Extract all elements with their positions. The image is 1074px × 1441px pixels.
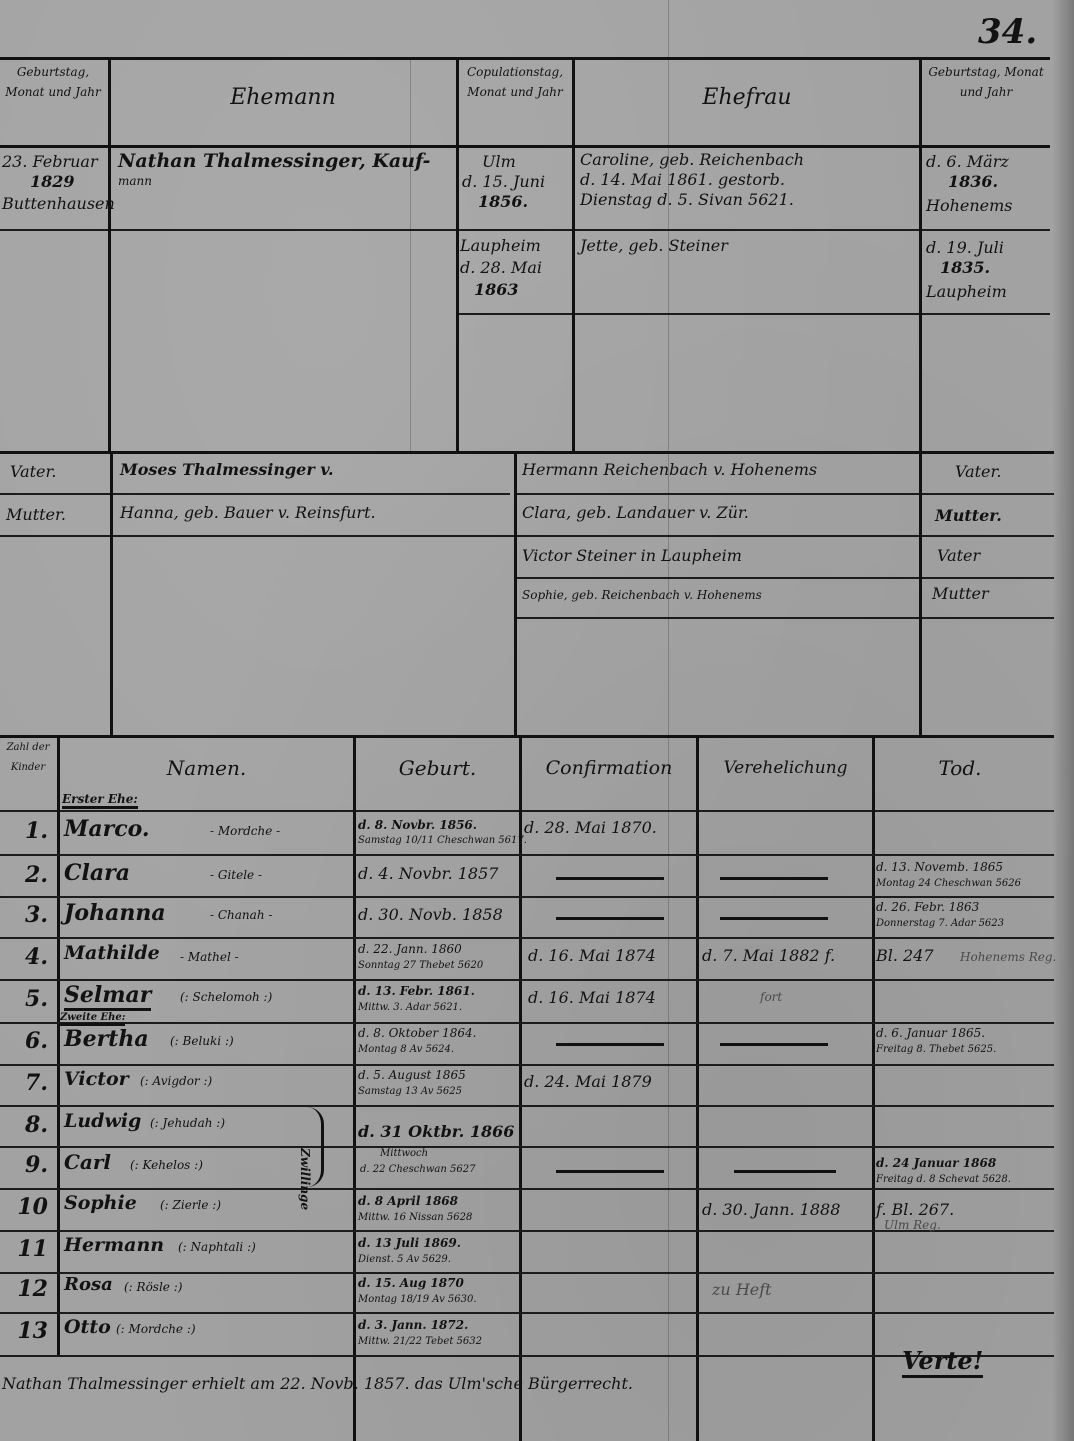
header-child-death: Tod. bbox=[875, 758, 1045, 778]
child-name: Selmar bbox=[64, 982, 151, 1011]
child-marriage: zu Heft bbox=[712, 1280, 772, 1299]
parents-col-divider bbox=[514, 451, 517, 735]
child-death-note: Montag 24 Cheschwan 5626 bbox=[876, 878, 1021, 889]
row-border bbox=[0, 1022, 1054, 1024]
child-number: 10 bbox=[8, 1194, 48, 1220]
wife1-death-hebrew: Dienstag d. 5. Sivan 5621. bbox=[580, 190, 794, 209]
children-col-divider bbox=[872, 735, 875, 1441]
row-border bbox=[0, 1105, 1054, 1107]
child-name: Johanna bbox=[64, 900, 166, 926]
husband-father-label: Vater. bbox=[10, 462, 57, 481]
child-name: Ludwig bbox=[64, 1110, 141, 1132]
row-border bbox=[0, 1188, 1054, 1190]
child-birth-note: Samstag 10/11 Cheschwan 5617. bbox=[358, 835, 527, 846]
child-number: 7. bbox=[8, 1070, 48, 1096]
child-number: 2. bbox=[8, 862, 48, 888]
upper-row1-border bbox=[0, 229, 1050, 231]
husband-birth-day: 23. Februar bbox=[2, 152, 98, 171]
child-confirmation: d. 16. Mai 1874 bbox=[528, 988, 656, 1007]
child-death: Bl. 247 bbox=[876, 946, 934, 965]
child-number: 1. bbox=[8, 818, 48, 844]
child-birth-note: Dienst. 5 Av 5629. bbox=[358, 1254, 451, 1265]
upper-header-bottom-border bbox=[0, 145, 1050, 148]
husband-father-name: Moses Thalmessinger v. bbox=[120, 460, 334, 479]
child-number: 13 bbox=[8, 1318, 48, 1344]
child-death: d. 13. Novemb. 1865 bbox=[876, 860, 1003, 874]
row-border bbox=[0, 1272, 1054, 1274]
wife2-mother-label: Mutter bbox=[932, 584, 989, 603]
child-marriage: fort bbox=[760, 990, 782, 1004]
header-child-marriage: Verehelichung bbox=[699, 758, 872, 778]
husband-name: Nathan Thalmessinger, Kauf- bbox=[118, 150, 430, 172]
child-number: 6. bbox=[8, 1028, 48, 1054]
upper-col-divider bbox=[919, 57, 922, 451]
child-number: 3. bbox=[8, 902, 48, 928]
parents-col-divider bbox=[919, 451, 922, 735]
confirmation-dash bbox=[556, 917, 664, 920]
children-header-border bbox=[0, 810, 1054, 812]
first-marriage-note: Erster Ehe: bbox=[62, 792, 138, 809]
child-birth-note: Mittw. 16 Nissan 5628 bbox=[358, 1212, 472, 1223]
child-hebrew-name: (: Avigdor :) bbox=[140, 1074, 212, 1088]
child-birth: d. 3. Jann. 1872. bbox=[358, 1318, 468, 1332]
upper-col-divider bbox=[572, 57, 575, 451]
child-birth: d. 8. Oktober 1864. bbox=[358, 1026, 476, 1040]
header-wife-birth: Geburtstag, Monat und Jahr bbox=[922, 62, 1050, 102]
child-death: d. 6. Januar 1865. bbox=[876, 1026, 985, 1040]
child-hebrew-name: (: Kehelos :) bbox=[130, 1158, 203, 1172]
wife1-name: Caroline, geb. Reichenbach bbox=[580, 150, 804, 169]
child-number: 5. bbox=[8, 986, 48, 1012]
wife1-father-label: Vater. bbox=[955, 462, 1002, 481]
header-child-birth: Geburt. bbox=[356, 758, 519, 778]
marriage-dash bbox=[720, 917, 828, 920]
child-marriage: d. 30. Jann. 1888 bbox=[702, 1200, 840, 1219]
wife1-father-name: Hermann Reichenbach v. Hohenems bbox=[522, 460, 817, 479]
wife2-mother-name: Sophie, geb. Reichenbach v. Hohenems bbox=[522, 588, 762, 602]
row-border bbox=[0, 1355, 1054, 1357]
header-husband: Ehemann bbox=[110, 88, 456, 108]
child-hebrew-name: - Mordche - bbox=[210, 824, 280, 838]
child-name: Marco. bbox=[64, 816, 150, 842]
wife2-birth-place: Laupheim bbox=[926, 282, 1007, 301]
parents-row-border bbox=[514, 617, 1054, 619]
child-hebrew-name: (: Rösle :) bbox=[124, 1280, 182, 1294]
child-number: 11 bbox=[8, 1236, 48, 1262]
child-death-note: Ulm Reg. bbox=[884, 1218, 941, 1232]
child-birth: d. 13. Febr. 1861. bbox=[358, 984, 475, 998]
wife2-birth-date: d. 19. Juli bbox=[926, 238, 1004, 257]
marriage-dash bbox=[734, 1170, 836, 1173]
marriage2-year: 1863 bbox=[474, 280, 519, 299]
upper-table-top-border bbox=[0, 57, 1050, 60]
child-name: Otto bbox=[64, 1316, 111, 1338]
child-death: d. 26. Febr. 1863 bbox=[876, 900, 979, 914]
upper-col-divider bbox=[108, 57, 111, 451]
header-wife: Ehefrau bbox=[575, 88, 919, 108]
child-name: Sophie bbox=[64, 1192, 137, 1214]
child-birth-note: d. 22 Cheschwan 5627 bbox=[360, 1164, 475, 1175]
verte-note: Verte! bbox=[902, 1346, 983, 1378]
child-name: Victor bbox=[64, 1068, 129, 1090]
child-number: 4. bbox=[8, 944, 48, 970]
child-birth: d. 8. Novbr. 1856. bbox=[358, 818, 477, 832]
child-hebrew-name: (: Zierle :) bbox=[160, 1198, 221, 1212]
confirmation-dash bbox=[556, 1170, 664, 1173]
parents-row-border bbox=[514, 493, 1054, 495]
marriage2-place: Laupheim bbox=[460, 236, 541, 255]
child-birth-note: Mittw. 21/22 Tebet 5632 bbox=[358, 1336, 482, 1347]
child-birth: Mittwoch bbox=[380, 1148, 428, 1159]
upper-table-bottom-border bbox=[0, 451, 1054, 454]
marriage2-date: d. 28. Mai bbox=[460, 258, 542, 277]
child-birth: d. 30. Novb. 1858 bbox=[358, 905, 503, 924]
ruling-line bbox=[410, 57, 411, 451]
row-border bbox=[0, 896, 1054, 898]
wife1-death: d. 14. Mai 1861. gestorb. bbox=[580, 170, 785, 189]
child-death-note: Hohenems Reg. bbox=[960, 950, 1056, 964]
child-birth-note: Montag 8 Av 5624. bbox=[358, 1044, 454, 1055]
child-death-note: Donnerstag 7. Adar 5623 bbox=[876, 918, 1004, 929]
child-name: Carl bbox=[64, 1150, 111, 1174]
parents-row-border bbox=[0, 493, 510, 495]
confirmation-dash bbox=[556, 877, 664, 880]
child-birth: d. 4. Novbr. 1857 bbox=[358, 864, 498, 883]
header-husband-birth: Geburtstag, Monat und Jahr bbox=[0, 62, 106, 102]
wife1-birth-place: Hohenems bbox=[926, 196, 1013, 215]
child-name: Bertha bbox=[64, 1026, 149, 1052]
husband-mother-name: Hanna, geb. Bauer v. Reinsfurt. bbox=[120, 503, 376, 522]
husband-mother-label: Mutter. bbox=[6, 505, 66, 524]
child-birth-note: Sonntag 27 Thebet 5620 bbox=[358, 960, 483, 971]
child-number: 8. bbox=[8, 1112, 48, 1138]
child-death-note: Freitag d. 8 Schevat 5628. bbox=[876, 1174, 1011, 1185]
child-confirmation: d. 24. Mai 1879 bbox=[524, 1072, 652, 1091]
child-hebrew-name: - Gitele - bbox=[210, 868, 262, 882]
children-col-divider bbox=[353, 735, 356, 1441]
wife1-birth-date: d. 6. März bbox=[926, 152, 1009, 171]
child-birth: d. 15. Aug 1870 bbox=[358, 1276, 464, 1290]
child-hebrew-name: (: Schelomoh :) bbox=[180, 990, 272, 1004]
row-border bbox=[0, 854, 1054, 856]
wife2-name: Jette, geb. Steiner bbox=[580, 236, 728, 255]
parents-row-border bbox=[514, 577, 1054, 579]
marriage1-date: d. 15. Juni bbox=[462, 172, 545, 191]
confirmation-dash bbox=[556, 1043, 664, 1046]
wife2-father-label: Vater bbox=[937, 546, 980, 565]
child-confirmation: d. 28. Mai 1870. bbox=[524, 818, 657, 837]
header-child-confirmation: Confirmation bbox=[522, 758, 696, 778]
register-page: 34. Geburtstag, Monat und Jahr Ehemann C… bbox=[0, 0, 1074, 1441]
wife2-birth-year: 1835. bbox=[940, 258, 990, 277]
twins-label: Zwillinge bbox=[298, 1148, 312, 1210]
child-hebrew-name: - Mathel - bbox=[180, 950, 239, 964]
wife1-mother-label: Mutter. bbox=[935, 506, 1002, 525]
child-death-note: Freitag 8. Thebet 5625. bbox=[876, 1044, 996, 1055]
row-border bbox=[0, 1064, 1054, 1066]
child-name: Clara bbox=[64, 860, 130, 886]
child-birth-note: Mittw. 3. Adar 5621. bbox=[358, 1002, 462, 1013]
marriage1-place: Ulm bbox=[482, 152, 516, 171]
child-number: 9. bbox=[8, 1152, 48, 1178]
child-death: d. 24 Januar 1868 bbox=[876, 1156, 996, 1170]
child-birth: d. 8 April 1868 bbox=[358, 1194, 458, 1208]
child-birth: d. 22. Jann. 1860 bbox=[358, 942, 462, 956]
children-col-divider bbox=[57, 735, 60, 1355]
marriage1-year: 1856. bbox=[478, 192, 528, 211]
page-number: 34. bbox=[978, 12, 1037, 52]
second-marriage-note: Zweite Ehe: bbox=[60, 1012, 125, 1026]
child-hebrew-name: - Chanah - bbox=[210, 908, 272, 922]
upper-col-divider bbox=[456, 57, 459, 451]
wife2-father-name: Victor Steiner in Laupheim bbox=[522, 546, 742, 565]
wife1-mother-name: Clara, geb. Landauer v. Zür. bbox=[522, 503, 749, 522]
husband-birth-place: Buttenhausen bbox=[2, 194, 115, 213]
row-border bbox=[0, 937, 1054, 939]
child-death: f. Bl. 267. bbox=[876, 1200, 954, 1219]
child-hebrew-name: (: Beluki :) bbox=[170, 1034, 234, 1048]
child-number: 12 bbox=[8, 1276, 48, 1302]
citizenship-note: Nathan Thalmessinger erhielt am 22. Novb… bbox=[2, 1374, 633, 1393]
child-confirmation: d. 16. Mai 1874 bbox=[528, 946, 656, 965]
husband-occupation: mann bbox=[118, 174, 152, 188]
child-birth-note: Samstag 13 Av 5625 bbox=[358, 1086, 462, 1097]
parents-row-border bbox=[0, 535, 1054, 537]
child-marriage: d. 7. Mai 1882 f. bbox=[702, 946, 835, 965]
marriage-dash bbox=[720, 1043, 828, 1046]
husband-birth-year: 1829 bbox=[30, 172, 75, 191]
row-border bbox=[0, 979, 1054, 981]
wife1-birth-year: 1836. bbox=[948, 172, 998, 191]
parents-bottom-border bbox=[0, 735, 1054, 738]
child-birth: d. 31 Oktbr. 1866 bbox=[358, 1122, 514, 1141]
parents-col-divider bbox=[110, 451, 113, 735]
child-hebrew-name: (: Mordche :) bbox=[116, 1322, 196, 1336]
marriage-dash bbox=[720, 877, 828, 880]
row-border bbox=[0, 1312, 1054, 1314]
header-child-name: Namen. bbox=[60, 758, 353, 778]
child-hebrew-name: (: Naphtali :) bbox=[178, 1240, 256, 1254]
child-birth-note: Montag 18/19 Av 5630. bbox=[358, 1294, 477, 1305]
header-marriage-date: Copulationstag, Monat und Jahr bbox=[459, 62, 571, 102]
child-hebrew-name: (: Jehudah :) bbox=[150, 1116, 225, 1130]
child-name: Mathilde bbox=[64, 942, 160, 964]
child-name: Rosa bbox=[64, 1274, 113, 1295]
header-child-number: Zahl der Kinder bbox=[0, 738, 56, 778]
row-border bbox=[0, 1146, 1054, 1148]
child-birth: d. 5. August 1865 bbox=[358, 1068, 466, 1082]
child-name: Hermann bbox=[64, 1234, 164, 1256]
child-birth: d. 13 Juli 1869. bbox=[358, 1236, 461, 1250]
children-col-divider bbox=[696, 735, 699, 1441]
ruling-line bbox=[668, 0, 669, 1441]
upper-row2-border bbox=[456, 313, 1050, 315]
